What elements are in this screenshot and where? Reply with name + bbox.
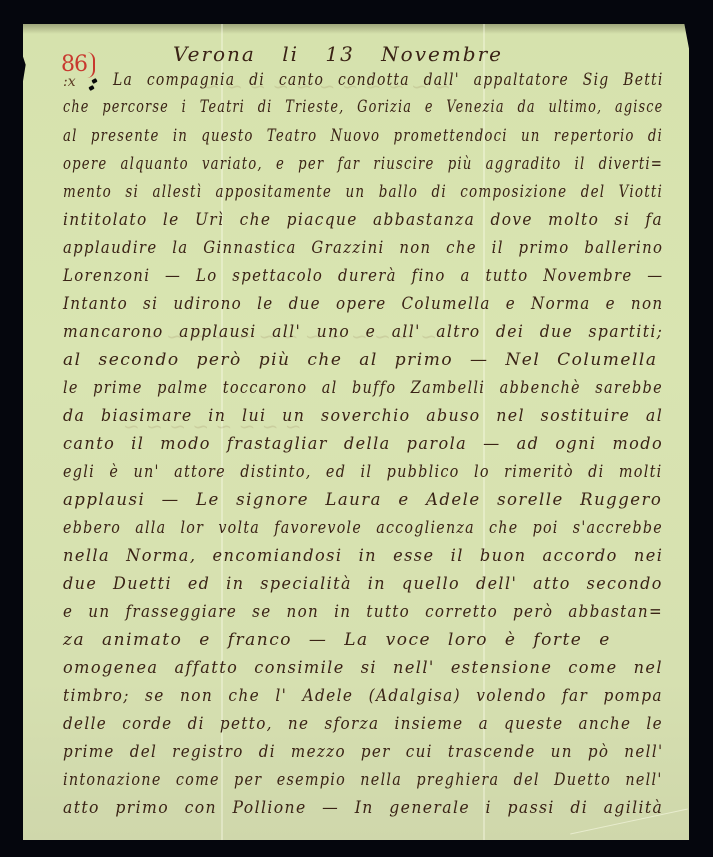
letter-line: omogenea affatto consimile si nell' este…: [63, 658, 663, 678]
letter-line: applaudire la Ginnastica Grazzini non ch…: [63, 238, 663, 258]
letter-line: za animato e franco — La voce loro è for…: [63, 630, 611, 650]
letter-line: al presente in questo Teatro Nuovo prome…: [63, 126, 663, 146]
letter-line: mancarono applausi all' uno e all' altro…: [63, 322, 663, 342]
letter-line: La compagnia di canto condotta dall' app…: [113, 70, 664, 90]
margin-mark: :x: [63, 74, 76, 90]
letter-line: intitolato le Urì che piacque abbastanza…: [63, 210, 663, 230]
letter-line: due Duetti ed in specialità in quello de…: [63, 574, 663, 594]
letter-line: applausi — Le signore Laura e Adele sore…: [63, 490, 662, 510]
letter-line: prime del registro di mezzo per cui tras…: [63, 742, 663, 762]
letter-line: ebbero alla lor volta favorevole accogli…: [63, 518, 663, 538]
ink-blot: [89, 79, 96, 93]
letter-line: Lorenzoni — Lo spettacolo durerà fino a …: [63, 266, 663, 286]
letter-line: le prime palme toccarono al buffo Zambel…: [63, 378, 663, 398]
letter-line: timbro; se non che l' Adele (Adalgisa) v…: [63, 686, 663, 706]
letter-line: intonazione come per esempio nella pregh…: [63, 770, 663, 790]
letter-line: delle corde di petto, ne sforza insieme …: [63, 714, 663, 734]
letter-line: da biasimare in lui un soverchio abuso n…: [63, 406, 663, 426]
letter-line: al secondo però più che al primo — Nel C…: [63, 350, 657, 370]
letter-page: ~ ~ ~ ~ ~ ~ ~ ~ ~ ~ ~ ~ ~ ~ ~ ~ ~ ~ ~ ~ …: [23, 24, 689, 840]
page-top-shadow: [23, 24, 689, 34]
letter-line: e un frasseggiare se non in tutto corret…: [63, 602, 663, 622]
letter-line: canto il modo frastagliar della parola —…: [63, 434, 663, 454]
letter-line: atto primo con Pollione — In generale i …: [63, 798, 663, 818]
letter-line: egli è un' attore distinto, ed il pubbli…: [63, 462, 663, 482]
letter-line: opere alquanto variato, e per far riusci…: [63, 154, 663, 174]
letter-line: che percorse i Teatri di Trieste, Gorizi…: [63, 97, 663, 117]
letter-line: mento si allestì appositamente un ballo …: [63, 182, 663, 202]
letter-heading-date: Verona li 13 Novembre: [173, 42, 503, 66]
manuscript-scan: ~ ~ ~ ~ ~ ~ ~ ~ ~ ~ ~ ~ ~ ~ ~ ~ ~ ~ ~ ~ …: [0, 0, 713, 857]
letter-line: Intanto si udirono le due opere Columell…: [63, 294, 664, 314]
letter-line: nella Norma, encomiandosi in esse il buo…: [63, 546, 663, 566]
